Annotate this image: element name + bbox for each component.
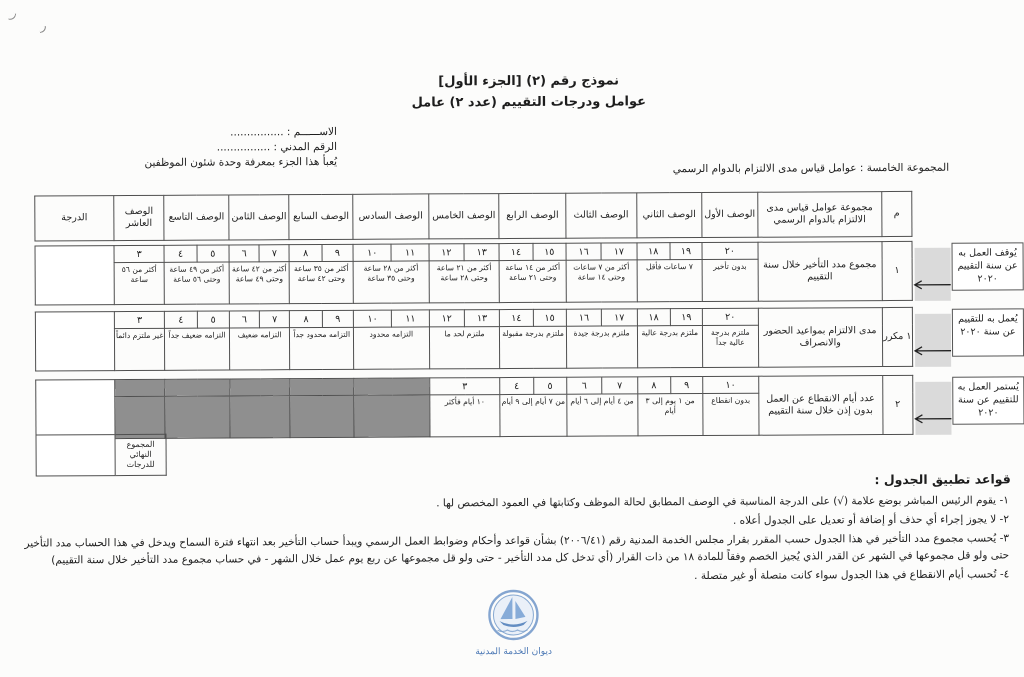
score-cell: ٨ bbox=[290, 310, 322, 327]
description-cell: غير ملتزم دائماً bbox=[114, 328, 165, 370]
shaded-cell bbox=[165, 379, 230, 396]
score-cell: ١٧ bbox=[602, 309, 637, 326]
score-cell: ١٠ bbox=[353, 310, 391, 327]
column-header: الوصف السادس bbox=[353, 194, 429, 239]
evaluation-table-header: ممجموعة عوامل قياس مدى الالتزام بالدوام … bbox=[34, 191, 912, 242]
column-header: مجموعة عوامل قياس مدى الالتزام بالدوام ا… bbox=[757, 192, 881, 238]
score-cell: ١٧ bbox=[601, 243, 636, 260]
description-cell: ملتزم لحد ما bbox=[429, 327, 500, 369]
score-cell: ١٤ bbox=[500, 309, 533, 326]
civil-id-field-line: الرقم المدني : ................ bbox=[59, 140, 337, 156]
factor-row-absence: ٢عدد أيام الانقطاع عن العمل بدون إذن خلا… bbox=[0, 374, 1024, 439]
score-cell: ١٩ bbox=[670, 309, 702, 326]
description-cell: من ٤ أيام إلى ٦ أيام bbox=[567, 394, 638, 436]
score-cell: ٧ bbox=[260, 311, 290, 328]
shaded-cell bbox=[290, 378, 354, 395]
factor-row-attendance: ١ مكررمدى الالتزام بمواعيد الحضور والانص… bbox=[0, 306, 1024, 371]
grade-entry-cell bbox=[35, 246, 114, 305]
score-cell: ١٣ bbox=[464, 310, 499, 327]
description-cell: ملتزم بدرجة مقبولة bbox=[500, 326, 567, 368]
column-header: الوصف السابع bbox=[289, 194, 353, 239]
score-cell: ٤ bbox=[165, 311, 197, 328]
score-cell: ١٤ bbox=[499, 243, 532, 260]
arrow-band bbox=[915, 382, 951, 435]
score-cell: ٣ bbox=[114, 311, 165, 328]
score-cell: ٧ bbox=[259, 245, 289, 262]
rule-item: ٣- يُحسب مجموع مدد التأخير في هذا الجدول… bbox=[15, 530, 1009, 569]
shaded-cell bbox=[230, 379, 291, 396]
description-cell: من ٧ أيام إلى ٩ أيام bbox=[500, 394, 567, 436]
column-header: الوصف العاشر bbox=[114, 195, 165, 240]
score-cell: ٥ bbox=[197, 245, 229, 262]
score-cell: ٢٠ bbox=[702, 308, 758, 325]
scan-artifact bbox=[8, 12, 16, 21]
shaded-cell bbox=[290, 395, 354, 437]
description-cell: أكثر من ٢١ ساعة وحتى ٢٨ ساعة bbox=[429, 261, 500, 303]
factor-name-cell: مجموع مدد التأخير خلال سنة التقييم bbox=[758, 242, 882, 302]
score-cell: ٤ bbox=[164, 245, 196, 262]
description-cell: أكثر من ٣٥ ساعة وحتى ٤٢ ساعة bbox=[290, 261, 354, 303]
score-cell: ٢٠ bbox=[702, 242, 758, 259]
column-header: م bbox=[881, 191, 912, 236]
score-cell: ٩ bbox=[322, 310, 353, 327]
factor-table: ٢عدد أيام الانقطاع عن العمل بدون إذن خلا… bbox=[35, 375, 913, 440]
final-total-row: المجموع النهائي للدرجات bbox=[35, 434, 166, 477]
final-total-grade-cell bbox=[35, 434, 115, 476]
final-total-label-cell: المجموع النهائي للدرجات bbox=[115, 434, 166, 476]
score-cell: ٣ bbox=[429, 378, 500, 395]
score-cell: ٤ bbox=[500, 377, 533, 394]
score-cell: ١٦ bbox=[566, 243, 601, 260]
column-header: الوصف الخامس bbox=[428, 194, 499, 239]
score-cell: ٧ bbox=[602, 377, 637, 394]
column-header: الوصف الثامن bbox=[229, 195, 290, 240]
shaded-cell bbox=[165, 396, 230, 438]
csc-logo: ديوان الخدمة المدنية bbox=[453, 588, 573, 671]
score-cell: ١٦ bbox=[566, 309, 601, 326]
factor-name-cell: عدد أيام الانقطاع عن العمل بدون إذن خلال… bbox=[758, 376, 882, 436]
factor-table: ١ مكررمدى الالتزام بمواعيد الحضور والانص… bbox=[35, 307, 913, 372]
description-cell: التزامه ضعيف جداً bbox=[165, 328, 230, 370]
shaded-cell bbox=[115, 396, 166, 438]
left-arrow-icon bbox=[912, 413, 952, 423]
csc-logo-block: ديوان الخدمة المدنية bbox=[1, 585, 1024, 672]
score-cell: ١٣ bbox=[464, 244, 499, 261]
shaded-cell bbox=[354, 378, 430, 395]
score-cell: ١٥ bbox=[533, 243, 566, 260]
form-title: نموذج رقم (٢) [الجزء الأول] bbox=[17, 71, 1024, 91]
description-cell: أكثر من ٤٢ ساعة وحتى ٤٩ ساعة bbox=[229, 262, 290, 304]
factor-name-cell: مدى الالتزام بمواعيد الحضور والانصراف bbox=[758, 308, 882, 368]
grade-entry-cell bbox=[36, 380, 115, 439]
factor-table: ١مجموع مدد التأخير خلال سنة التقييم٢٠١٩١… bbox=[35, 241, 913, 306]
score-cell: ٦ bbox=[229, 245, 259, 262]
shaded-cell bbox=[230, 396, 291, 438]
column-header: الوصف الثالث bbox=[566, 193, 637, 238]
side-note: يُعمل به للتقييم عن سنة ٢٠٢٠ bbox=[952, 308, 1024, 356]
description-cell: أكثر من ٧ ساعات وحتى ١٤ ساعة bbox=[566, 260, 637, 302]
score-cell: ٨ bbox=[637, 377, 670, 394]
column-header: الوصف الرابع bbox=[499, 193, 566, 238]
grade-entry-cell bbox=[35, 312, 114, 371]
score-cell: ١٠ bbox=[353, 244, 391, 261]
column-header: الدرجة bbox=[35, 196, 114, 241]
side-note: يُوقف العمل به عن سنة التقييم ٢٠٢٠ bbox=[952, 242, 1024, 290]
score-cell: ٦ bbox=[567, 377, 602, 394]
score-cell: ٥ bbox=[533, 377, 566, 394]
description-cell: بدون انقطاع bbox=[703, 393, 759, 435]
score-cell: ٩ bbox=[671, 377, 703, 394]
description-cell: التزامه محدود جداً bbox=[290, 327, 354, 369]
score-cell: ١١ bbox=[391, 244, 428, 261]
score-cell: ٦ bbox=[229, 311, 259, 328]
row-number-cell: ٢ bbox=[882, 375, 913, 434]
column-header: الوصف الثاني bbox=[636, 193, 702, 238]
score-cell: ٥ bbox=[197, 311, 229, 328]
scanned-form-page: نموذج رقم (٢) [الجزء الأول] عوامل ودرجات… bbox=[0, 0, 1024, 677]
description-cell: ملتزم بدرجة عالية جداً bbox=[703, 325, 759, 367]
description-cell: ملتزم بدرجة عالية bbox=[637, 326, 703, 368]
description-cell: من ١ يوم إلى ٣ أيام bbox=[637, 394, 703, 436]
column-header: الوصف التاسع bbox=[164, 195, 229, 240]
score-cell: ٩ bbox=[322, 244, 353, 261]
description-cell: ملتزم بدرجة جيدة bbox=[566, 326, 637, 368]
score-cell: ٨ bbox=[289, 244, 321, 261]
left-arrow-icon bbox=[912, 279, 952, 289]
description-cell: ١٠ أيام فأكثر bbox=[429, 395, 500, 437]
score-cell: ١٩ bbox=[670, 243, 702, 260]
name-field-line: الاســــــم : ................ bbox=[59, 125, 337, 141]
row-number-cell: ١ مكرر bbox=[882, 307, 913, 366]
description-cell: أكثر من ٢٨ ساعة وحتى ٣٥ ساعة bbox=[353, 261, 429, 303]
description-cell: بدون تأخير bbox=[702, 259, 758, 301]
shaded-cell bbox=[354, 395, 430, 437]
score-cell: ١٠ bbox=[703, 376, 759, 393]
score-cell: ٣ bbox=[114, 245, 165, 262]
document-sheet: نموذج رقم (٢) [الجزء الأول] عوامل ودرجات… bbox=[0, 0, 1024, 677]
description-cell: التزامه ضعيف bbox=[229, 328, 290, 370]
row-number-cell: ١ bbox=[882, 241, 913, 300]
shaded-cell bbox=[115, 379, 166, 396]
column-header: الوصف الأول bbox=[702, 192, 758, 237]
scan-artifact bbox=[39, 26, 47, 33]
side-note: يُستمر العمل به للتقييم عن سنة ٢٠٢٠ bbox=[952, 376, 1024, 424]
score-cell: ١٢ bbox=[429, 244, 464, 261]
form-subtitle: عوامل ودرجات التقييم (عدد ٢) عامل bbox=[17, 92, 1024, 112]
left-arrow-icon bbox=[912, 345, 952, 355]
factor-row-late-hours: ١مجموع مدد التأخير خلال سنة التقييم٢٠١٩١… bbox=[0, 240, 1024, 305]
description-cell: التزامه محدود bbox=[353, 327, 429, 369]
arrow-band bbox=[915, 314, 951, 367]
score-cell: ١٥ bbox=[533, 309, 566, 326]
description-cell: أكثر من ٤٩ ساعة وحتى ٥٦ ساعة bbox=[164, 262, 229, 304]
arrow-band bbox=[915, 248, 951, 301]
rules-section: قواعد تطبيق الجدول : ١- يقوم الرئيس المب… bbox=[15, 471, 1012, 590]
score-cell: ١١ bbox=[392, 310, 429, 327]
score-cell: ١٨ bbox=[637, 309, 670, 326]
description-cell: ٧ ساعات فأقل bbox=[637, 260, 703, 302]
score-cell: ١٢ bbox=[429, 310, 464, 327]
description-cell: أكثر من ٥٦ ساعة bbox=[114, 262, 165, 304]
description-cell: أكثر من ١٤ ساعة وحتى ٢١ ساعة bbox=[499, 260, 566, 302]
score-cell: ١٨ bbox=[637, 243, 670, 260]
logo-caption: ديوان الخدمة المدنية bbox=[475, 647, 552, 657]
